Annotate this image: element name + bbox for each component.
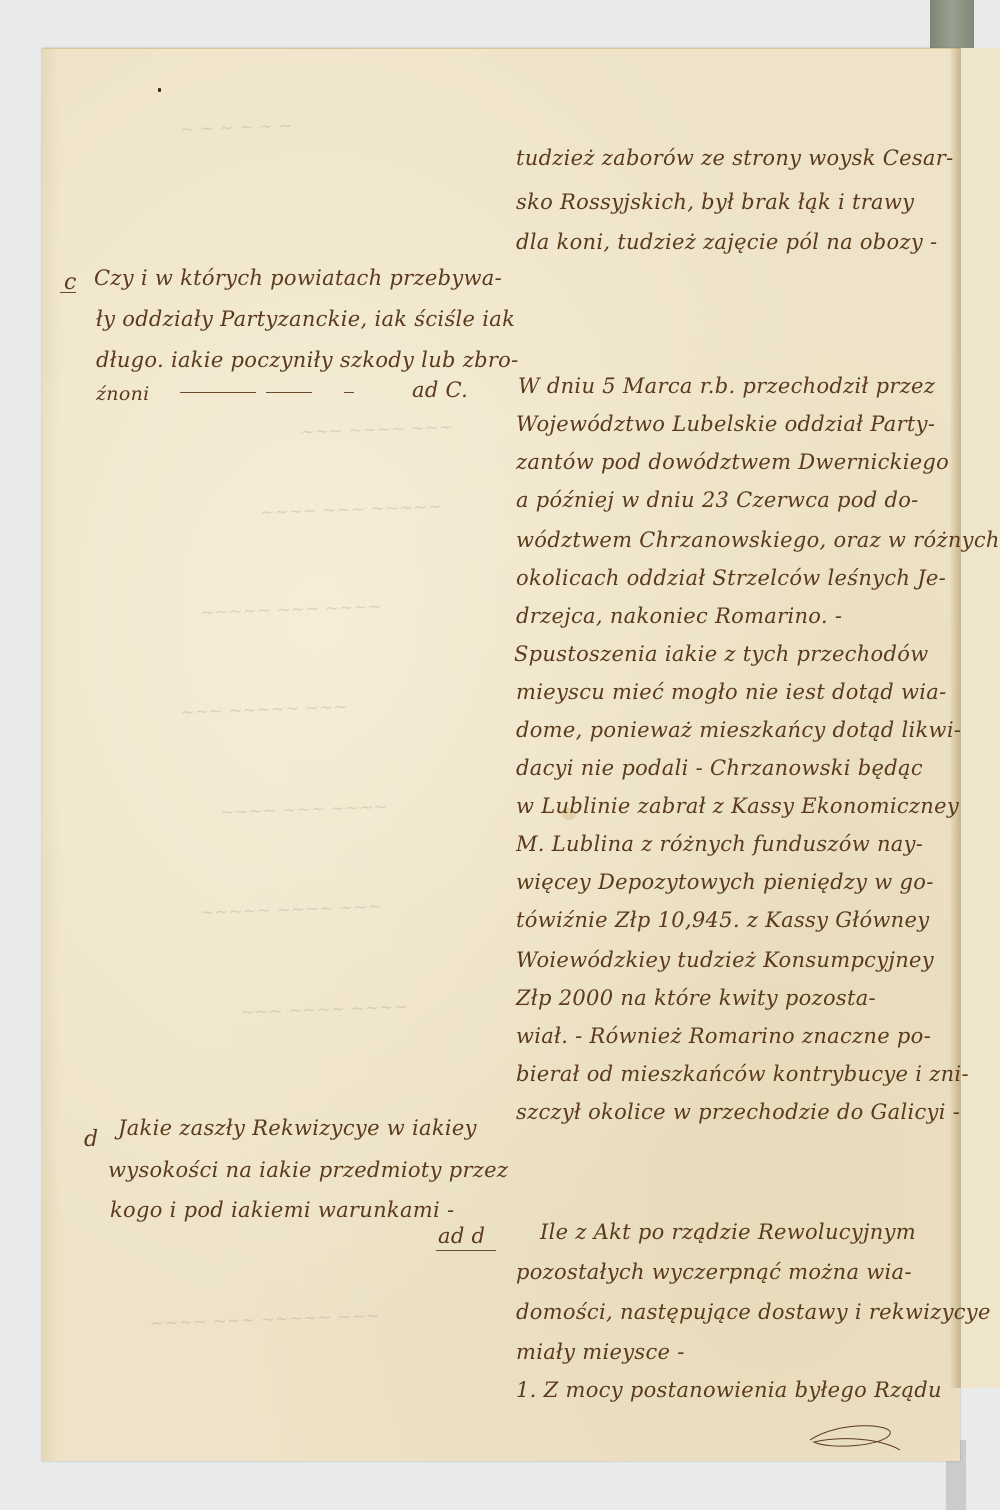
- answer-d-line-2: pozostałych wyczerpnąć można wia-: [516, 1262, 912, 1283]
- answer-d-line-4: miały mieysce -: [516, 1342, 685, 1363]
- question-c-line-2: ły oddziały Partyzanckie, iak ściśle iak: [96, 309, 515, 330]
- answer-c-line-16: Woiewódzkiey tudzież Konsumpcyjney: [516, 950, 934, 971]
- answer-c-line-12: w Lublinie zabrał z Kassy Ekonomiczney: [516, 796, 959, 817]
- fill-dash: [266, 392, 312, 393]
- adjacent-page-edge: [960, 48, 1000, 1388]
- answer-c-line-13: M. Lublina z różnych funduszów nay-: [516, 834, 923, 855]
- answer-c-line-11: dacyi nie podali - Chrzanowski będąc: [516, 758, 923, 779]
- answer-c-line-2: Województwo Lubelskie oddział Party-: [516, 414, 935, 435]
- question-c-line-3: długo. iakie poczyniły szkody lub zbro-: [96, 350, 519, 371]
- question-d-line-3: kogo i pod iakiemi warunkami -: [110, 1200, 454, 1221]
- answer-c-line-18: wiał. - Również Romarino znaczne po-: [516, 1026, 931, 1047]
- question-c-ref: ad C.: [412, 380, 468, 401]
- fill-dash: [180, 392, 256, 393]
- answer-c-line-14: więcey Depozytowych pieniędzy w go-: [516, 872, 934, 893]
- question-d-line-2: wysokości na iakie przedmioty przez: [108, 1160, 508, 1181]
- continuation-line-1: tudzież zaborów ze strony woysk Cesar-: [516, 148, 953, 169]
- answer-c-line-6: okolicach oddział Strzelców leśnych Je-: [516, 568, 946, 589]
- marker-underline: [60, 292, 76, 293]
- answer-d-line-5: 1. Z mocy postanowienia byłego Rządu: [516, 1380, 942, 1401]
- question-d-ref: ad d: [438, 1226, 485, 1247]
- answer-c-line-7: drzejca, nakoniec Romarino. -: [516, 606, 842, 627]
- continuation-line-2: sko Rossyjskich, był brak łąk i trawy: [516, 192, 914, 213]
- answer-c-line-4: a później w dniu 23 Czerwca pod do-: [516, 490, 919, 511]
- answer-c-line-8: Spustoszenia iakie z tych przechodów: [514, 644, 928, 665]
- answer-c-line-15: tówiźnie Złp 10,945. z Kassy Główney: [516, 910, 929, 931]
- question-marker-d: d: [84, 1127, 98, 1152]
- answer-c-line-19: bierał od mieszkańców kontrybucye i zni-: [516, 1064, 969, 1085]
- answer-c-line-3: zantów pod dowództwem Dwernickiego: [516, 452, 949, 473]
- manuscript-page: [42, 48, 960, 1461]
- fill-dash: [344, 392, 354, 393]
- ref-underline: [436, 1250, 496, 1251]
- ink-speck: [158, 88, 161, 92]
- answer-c-line-9: mieyscu mieć mogło nie iest dotąd wia-: [516, 682, 947, 703]
- question-c-line-4: źnoni: [96, 385, 150, 404]
- question-c-line-1: Czy i w których powiatach przebywa-: [94, 268, 502, 289]
- flourish: [800, 1410, 910, 1460]
- answer-c-line-5: wództwem Chrzanowskiego, oraz w różnych: [516, 530, 1000, 551]
- continuation-line-3: dla koni, tudzież zajęcie pól na obozy -: [516, 232, 937, 253]
- answer-c-line-17: Złp 2000 na które kwity pozosta-: [516, 988, 876, 1009]
- answer-c-line-10: dome, ponieważ mieszkańcy dotąd likwi-: [516, 720, 961, 741]
- answer-d-line-1: Ile z Akt po rządzie Rewolucyjnym: [540, 1222, 916, 1243]
- answer-c-line-20: szczył okolice w przechodzie do Galicyi …: [516, 1102, 960, 1123]
- bleed-through-text: ~ ~ ~ ~ ~ ~: [180, 116, 293, 140]
- question-d-line-1: Jakie zaszły Rekwizycye w iakiey: [118, 1118, 477, 1139]
- binding-strip: [930, 0, 974, 52]
- answer-d-line-3: domości, następujące dostawy i rekwizycy…: [516, 1302, 991, 1323]
- answer-c-line-1: W dniu 5 Marca r.b. przechodził przez: [518, 376, 935, 397]
